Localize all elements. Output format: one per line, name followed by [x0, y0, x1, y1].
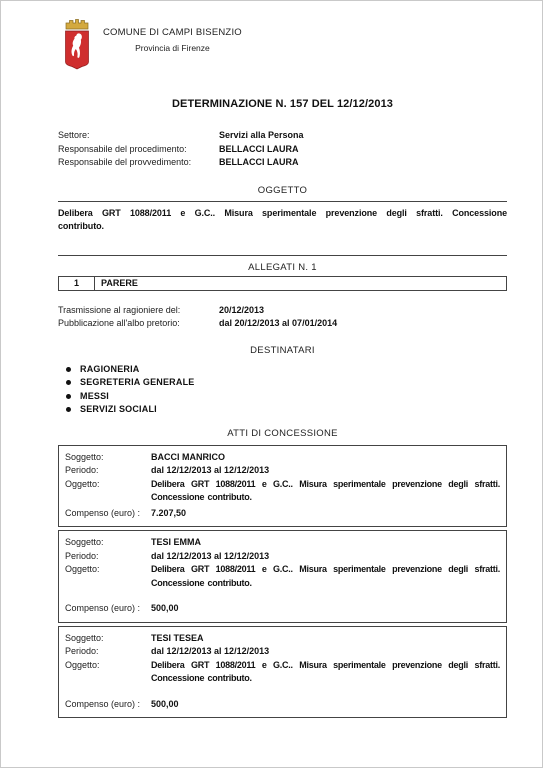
block-row-oggetto: Oggetto: Delibera GRT 1088/2011 e G.C.. …: [65, 659, 500, 686]
field-label: Trasmissione al ragioniere del:: [58, 304, 219, 318]
row-label: Compenso (euro) :: [65, 602, 151, 616]
campi-bisenzio-coat-of-arms-icon: [64, 18, 90, 70]
block-row-compenso: Compenso (euro) : 7.207,50: [65, 507, 500, 521]
bullet-icon: [66, 380, 71, 385]
row-label: Periodo:: [65, 645, 151, 659]
atti-heading: ATTI DI CONCESSIONE: [58, 428, 507, 439]
destinatari-list: RAGIONERIA SEGRETERIA GENERALE MESSI SER…: [58, 363, 507, 417]
document-page: COMUNE DI CAMPI BISENZIO Provincia di Fi…: [0, 0, 543, 768]
block-row-periodo: Periodo: dal 12/12/2013 al 12/12/2013: [65, 550, 500, 564]
field-value: dal 20/12/2013 al 07/01/2014: [219, 317, 337, 331]
row-label: Compenso (euro) :: [65, 507, 151, 521]
row-label: Periodo:: [65, 464, 151, 478]
row-label: Compenso (euro) :: [65, 698, 151, 712]
block-row-compenso: Compenso (euro) : 500,00: [65, 602, 500, 616]
field-settore: Settore: Servizi alla Persona: [58, 129, 507, 143]
block-row-soggetto: Soggetto: TESI EMMA: [65, 536, 500, 550]
row-label: Oggetto:: [65, 478, 151, 505]
field-value: Servizi alla Persona: [219, 129, 304, 143]
row-value: Delibera GRT 1088/2011 e G.C.. Misura sp…: [151, 478, 500, 505]
field-label: Responsabile del provvedimento:: [58, 156, 219, 170]
field-trasmissione: Trasmissione al ragioniere del: 20/12/20…: [58, 304, 507, 318]
list-item: MESSI: [58, 390, 507, 404]
row-label: Oggetto:: [65, 563, 151, 590]
list-item-label: MESSI: [80, 390, 109, 404]
divider: [58, 255, 507, 256]
destinatari-heading: DESTINATARI: [58, 345, 507, 356]
municipality-name: COMUNE DI CAMPI BISENZIO: [103, 27, 242, 38]
row-label: Oggetto:: [65, 659, 151, 686]
row-value: dal 12/12/2013 al 12/12/2013: [151, 550, 500, 564]
field-resp-procedimento: Responsabile del procedimento: BELLACCI …: [58, 143, 507, 157]
bullet-icon: [66, 394, 71, 399]
row-label: Periodo:: [65, 550, 151, 564]
row-value: dal 12/12/2013 al 12/12/2013: [151, 464, 500, 478]
list-item: SEGRETERIA GENERALE: [58, 376, 507, 390]
field-value: BELLACCI LAURA: [219, 156, 299, 170]
row-value: 500,00: [151, 602, 500, 616]
row-value: BACCI MANRICO: [151, 451, 500, 465]
field-value: 20/12/2013: [219, 304, 264, 318]
divider: [58, 201, 507, 202]
oggetto-heading: OGGETTO: [58, 185, 507, 196]
list-item: SERVIZI SOCIALI: [58, 403, 507, 417]
list-item: RAGIONERIA: [58, 363, 507, 377]
block-row-oggetto: Oggetto: Delibera GRT 1088/2011 e G.C.. …: [65, 563, 500, 590]
info-fields: Settore: Servizi alla Persona Responsabi…: [58, 129, 507, 170]
province-name: Provincia di Firenze: [103, 43, 242, 53]
concession-block: Soggetto: TESI EMMA Periodo: dal 12/12/2…: [58, 530, 507, 623]
bullet-icon: [66, 407, 71, 412]
concession-block: Soggetto: BACCI MANRICO Periodo: dal 12/…: [58, 445, 507, 528]
concession-blocks: Soggetto: BACCI MANRICO Periodo: dal 12/…: [58, 445, 507, 719]
document-header: COMUNE DI CAMPI BISENZIO Provincia di Fi…: [1, 1, 542, 70]
row-value: TESI EMMA: [151, 536, 500, 550]
list-item-label: SERVIZI SOCIALI: [80, 403, 157, 417]
allegati-row-label: PARERE: [95, 277, 138, 290]
field-label: Settore:: [58, 129, 219, 143]
block-row-compenso: Compenso (euro) : 500,00: [65, 698, 500, 712]
allegati-row-number: 1: [59, 277, 95, 290]
field-pubblicazione: Pubblicazione all'albo pretorio: dal 20/…: [58, 317, 507, 331]
row-value: TESI TESEA: [151, 632, 500, 646]
field-label: Pubblicazione all'albo pretorio:: [58, 317, 219, 331]
row-value: Delibera GRT 1088/2011 e G.C.. Misura sp…: [151, 659, 500, 686]
block-row-oggetto: Oggetto: Delibera GRT 1088/2011 e G.C.. …: [65, 478, 500, 505]
row-label: Soggetto:: [65, 451, 151, 465]
bullet-icon: [66, 367, 71, 372]
row-label: Soggetto:: [65, 536, 151, 550]
field-value: BELLACCI LAURA: [219, 143, 299, 157]
row-value: 500,00: [151, 698, 500, 712]
block-row-periodo: Periodo: dal 12/12/2013 al 12/12/2013: [65, 464, 500, 478]
block-row-soggetto: Soggetto: BACCI MANRICO: [65, 451, 500, 465]
document-title: DETERMINAZIONE N. 157 DEL 12/12/2013: [58, 98, 507, 110]
concession-block: Soggetto: TESI TESEA Periodo: dal 12/12/…: [58, 626, 507, 719]
field-resp-provvedimento: Responsabile del provvedimento: BELLACCI…: [58, 156, 507, 170]
row-value: dal 12/12/2013 al 12/12/2013: [151, 645, 500, 659]
list-item-label: RAGIONERIA: [80, 363, 140, 377]
row-label: Soggetto:: [65, 632, 151, 646]
oggetto-text: Delibera GRT 1088/2011 e G.C.. Misura sp…: [58, 207, 507, 234]
list-item-label: SEGRETERIA GENERALE: [80, 376, 194, 390]
row-value: 7.207,50: [151, 507, 500, 521]
row-value: Delibera GRT 1088/2011 e G.C.. Misura sp…: [151, 563, 500, 590]
allegati-heading: ALLEGATI N. 1: [58, 262, 507, 273]
block-row-soggetto: Soggetto: TESI TESEA: [65, 632, 500, 646]
publication-fields: Trasmissione al ragioniere del: 20/12/20…: [58, 304, 507, 331]
block-row-periodo: Periodo: dal 12/12/2013 al 12/12/2013: [65, 645, 500, 659]
field-label: Responsabile del procedimento:: [58, 143, 219, 157]
header-text: COMUNE DI CAMPI BISENZIO Provincia di Fi…: [103, 27, 242, 53]
allegati-table: 1 PARERE: [58, 276, 507, 291]
